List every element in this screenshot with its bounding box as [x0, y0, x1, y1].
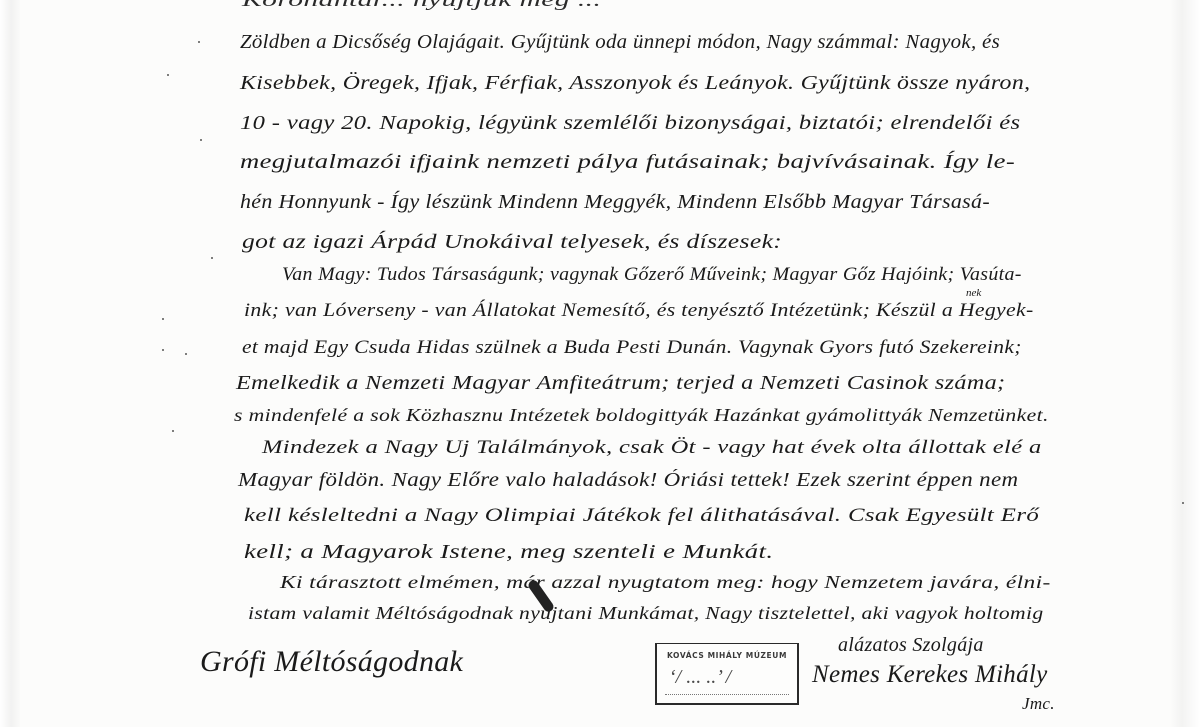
manuscript-line-1: Koronantar... nyujtjuk meg ... — [242, 0, 601, 12]
manuscript-line-8: Van Magy: Tudos Társaságunk; vagynak Gőz… — [282, 264, 1022, 286]
closing-humble-servant: alázatos Szolgája — [838, 634, 984, 657]
manuscript-line-18: istam valamit Méltóságodnak nyujtani Mun… — [248, 603, 1044, 624]
manuscript-line-11: Emelkedik a Nemzeti Magyar Amfiteátrum; … — [236, 373, 1005, 395]
manuscript-line-15: kell késleltedni a Nagy Olimpiai Játékok… — [244, 505, 1039, 527]
manuscript-line-3: Kisebbek, Öregek, Ifjak, Férfiak, Asszon… — [240, 72, 1030, 95]
manuscript-line-14: Magyar földön. Nagy Előre valo haladások… — [238, 470, 1018, 492]
manuscript-line-5: megjutalmazói ifjaink nemzeti pálya futá… — [240, 151, 1015, 174]
paper-speck — [167, 74, 169, 76]
salutation: Grófi Méltóságodnak — [200, 645, 463, 679]
signature-postscript: Jmc. — [1022, 694, 1055, 714]
paper-speck — [172, 430, 174, 432]
manuscript-line-9: ink; van Lóverseny - van Állatokat Nemes… — [244, 301, 1034, 322]
manuscript-line-4: 10 - vagy 20. Napokig, légyünk szemlélői… — [240, 112, 1020, 135]
paper-speck — [1182, 502, 1184, 504]
manuscript-line-17: Ki tárasztott elmémen, már azzal nyugtat… — [280, 572, 1051, 593]
manuscript-line-16: kell; a Magyarok Istene, meg szenteli e … — [244, 542, 773, 564]
paper-speck — [211, 257, 213, 259]
paper-speck — [162, 318, 164, 320]
museum-stamp: KOVÁCS MIHÁLY MÚZEUM ‘/ ... ..’ / — [655, 643, 799, 705]
manuscript-page: Koronantar... nyujtjuk meg ... Zöldben a… — [0, 0, 1200, 727]
left-page-edge — [0, 0, 20, 727]
paper-speck — [185, 353, 187, 355]
stamp-title: KOVÁCS MIHÁLY MÚZEUM — [657, 651, 797, 660]
paper-speck — [198, 41, 200, 43]
manuscript-line-10: et majd Egy Csuda Hidas szülnek a Buda P… — [242, 337, 1022, 359]
manuscript-line-13: Mindezek a Nagy Uj Találmányok, csak Öt … — [262, 437, 1042, 459]
stamp-mark: ‘/ ... ..’ / — [669, 666, 731, 689]
paper-speck — [200, 139, 202, 141]
manuscript-line-12: s mindenfelé a sok Közhasznu Intézetek b… — [234, 405, 1049, 426]
manuscript-line-6: hén Honnyunk - Így lészünk Mindenn Meggy… — [240, 191, 990, 214]
superscript-insert: nek — [966, 287, 981, 299]
manuscript-line-7: got az igazi Árpád Unokáival telyesek, é… — [242, 231, 782, 254]
right-page-edge — [1170, 0, 1200, 727]
paper-speck — [162, 349, 164, 351]
stamp-rule — [665, 694, 789, 695]
manuscript-line-2: Zöldben a Dicsőség Olajágait. Gyűjtünk o… — [240, 31, 1000, 54]
signature: Nemes Kerekes Mihály — [812, 661, 1048, 689]
